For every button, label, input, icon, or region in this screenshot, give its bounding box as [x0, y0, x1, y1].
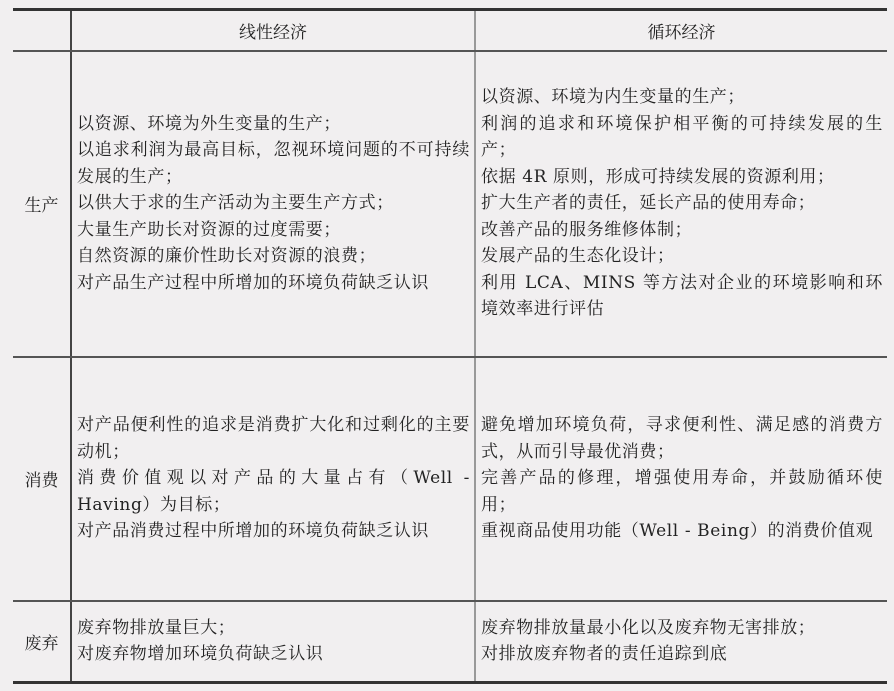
list-item: 避免增加环境负荷，寻求便利性、满足感的消费方式，从而引导最优消费；: [481, 412, 883, 465]
list-item: 依据 4R 原则，形成可持续发展的资源利用；: [481, 164, 883, 191]
list-item: 完善产品的修理，增强使用寿命，并鼓励循环使用；: [481, 465, 883, 518]
cell-production-linear: 以资源、环境为外生变量的生产； 以追求利润为最高目标，忽视环境问题的不可持续发展…: [71, 51, 475, 357]
list-item: 以资源、环境为内生变量的生产；: [481, 84, 883, 111]
row-label-production: 生产: [13, 51, 71, 357]
row-label-consumption: 消费: [13, 357, 71, 601]
list-item: 对产品消费过程中所增加的环境负荷缺乏认识: [77, 518, 470, 545]
cell-disposal-linear: 废弃物排放量巨大； 对废弃物增加环境负荷缺乏认识: [71, 601, 475, 683]
list-item: 扩大生产者的责任，延长产品的使用寿命；: [481, 190, 883, 217]
list-item: 消费价值观以对产品的大量占有（Well - Having）为目标；: [77, 465, 470, 518]
table-row-disposal: 废弃 废弃物排放量巨大； 对废弃物增加环境负荷缺乏认识 废弃物排放量最小化以及废…: [13, 601, 887, 683]
header-linear-economy: 线性经济: [71, 10, 475, 51]
list-item: 以追求利润为最高目标，忽视环境问题的不可持续发展的生产；: [77, 137, 470, 190]
header-row: 线性经济 循环经济: [13, 10, 887, 51]
list-item: 自然资源的廉价性助长对资源的浪费；: [77, 243, 470, 270]
list-item: 利用 LCA、MINS 等方法对企业的环境影响和环境效率进行评估: [481, 270, 883, 323]
cell-disposal-circular: 废弃物排放量最小化以及废弃物无害排放； 对排放废弃物者的责任追踪到底: [475, 601, 887, 683]
row-label-disposal: 废弃: [13, 601, 71, 683]
list-item: 对排放废弃物者的责任追踪到底: [481, 641, 883, 668]
list-item: 发展产品的生态化设计；: [481, 243, 883, 270]
list-item: 重视商品使用功能（Well - Being）的消费价值观: [481, 518, 883, 545]
list-item: 废弃物排放量巨大；: [77, 615, 470, 642]
list-item: 对产品便利性的追求是消费扩大化和过剩化的主要动机；: [77, 412, 470, 465]
table-row-production: 生产 以资源、环境为外生变量的生产； 以追求利润为最高目标，忽视环境问题的不可持…: [13, 51, 887, 357]
list-item: 以供大于求的生产活动为主要生产方式；: [77, 190, 470, 217]
list-item: 废弃物排放量最小化以及废弃物无害排放；: [481, 615, 883, 642]
list-item: 大量生产助长对资源的过度需要；: [77, 217, 470, 244]
table-row-consumption: 消费 对产品便利性的追求是消费扩大化和过剩化的主要动机； 消费价值观以对产品的大…: [13, 357, 887, 601]
list-item: 改善产品的服务维修体制；: [481, 217, 883, 244]
cell-production-circular: 以资源、环境为内生变量的生产； 利润的追求和环境保护相平衡的可持续发展的生产； …: [475, 51, 887, 357]
list-item: 以资源、环境为外生变量的生产；: [77, 111, 470, 138]
comparison-table: 线性经济 循环经济 生产 以资源、环境为外生变量的生产； 以追求利润为最高目标，…: [13, 8, 887, 684]
header-empty: [13, 10, 71, 51]
list-item: 利润的追求和环境保护相平衡的可持续发展的生产；: [481, 111, 883, 164]
cell-consumption-circular: 避免增加环境负荷，寻求便利性、满足感的消费方式，从而引导最优消费； 完善产品的修…: [475, 357, 887, 601]
header-circular-economy: 循环经济: [475, 10, 887, 51]
list-item: 对产品生产过程中所增加的环境负荷缺乏认识: [77, 270, 470, 297]
cell-consumption-linear: 对产品便利性的追求是消费扩大化和过剩化的主要动机； 消费价值观以对产品的大量占有…: [71, 357, 475, 601]
list-item: 对废弃物增加环境负荷缺乏认识: [77, 641, 470, 668]
